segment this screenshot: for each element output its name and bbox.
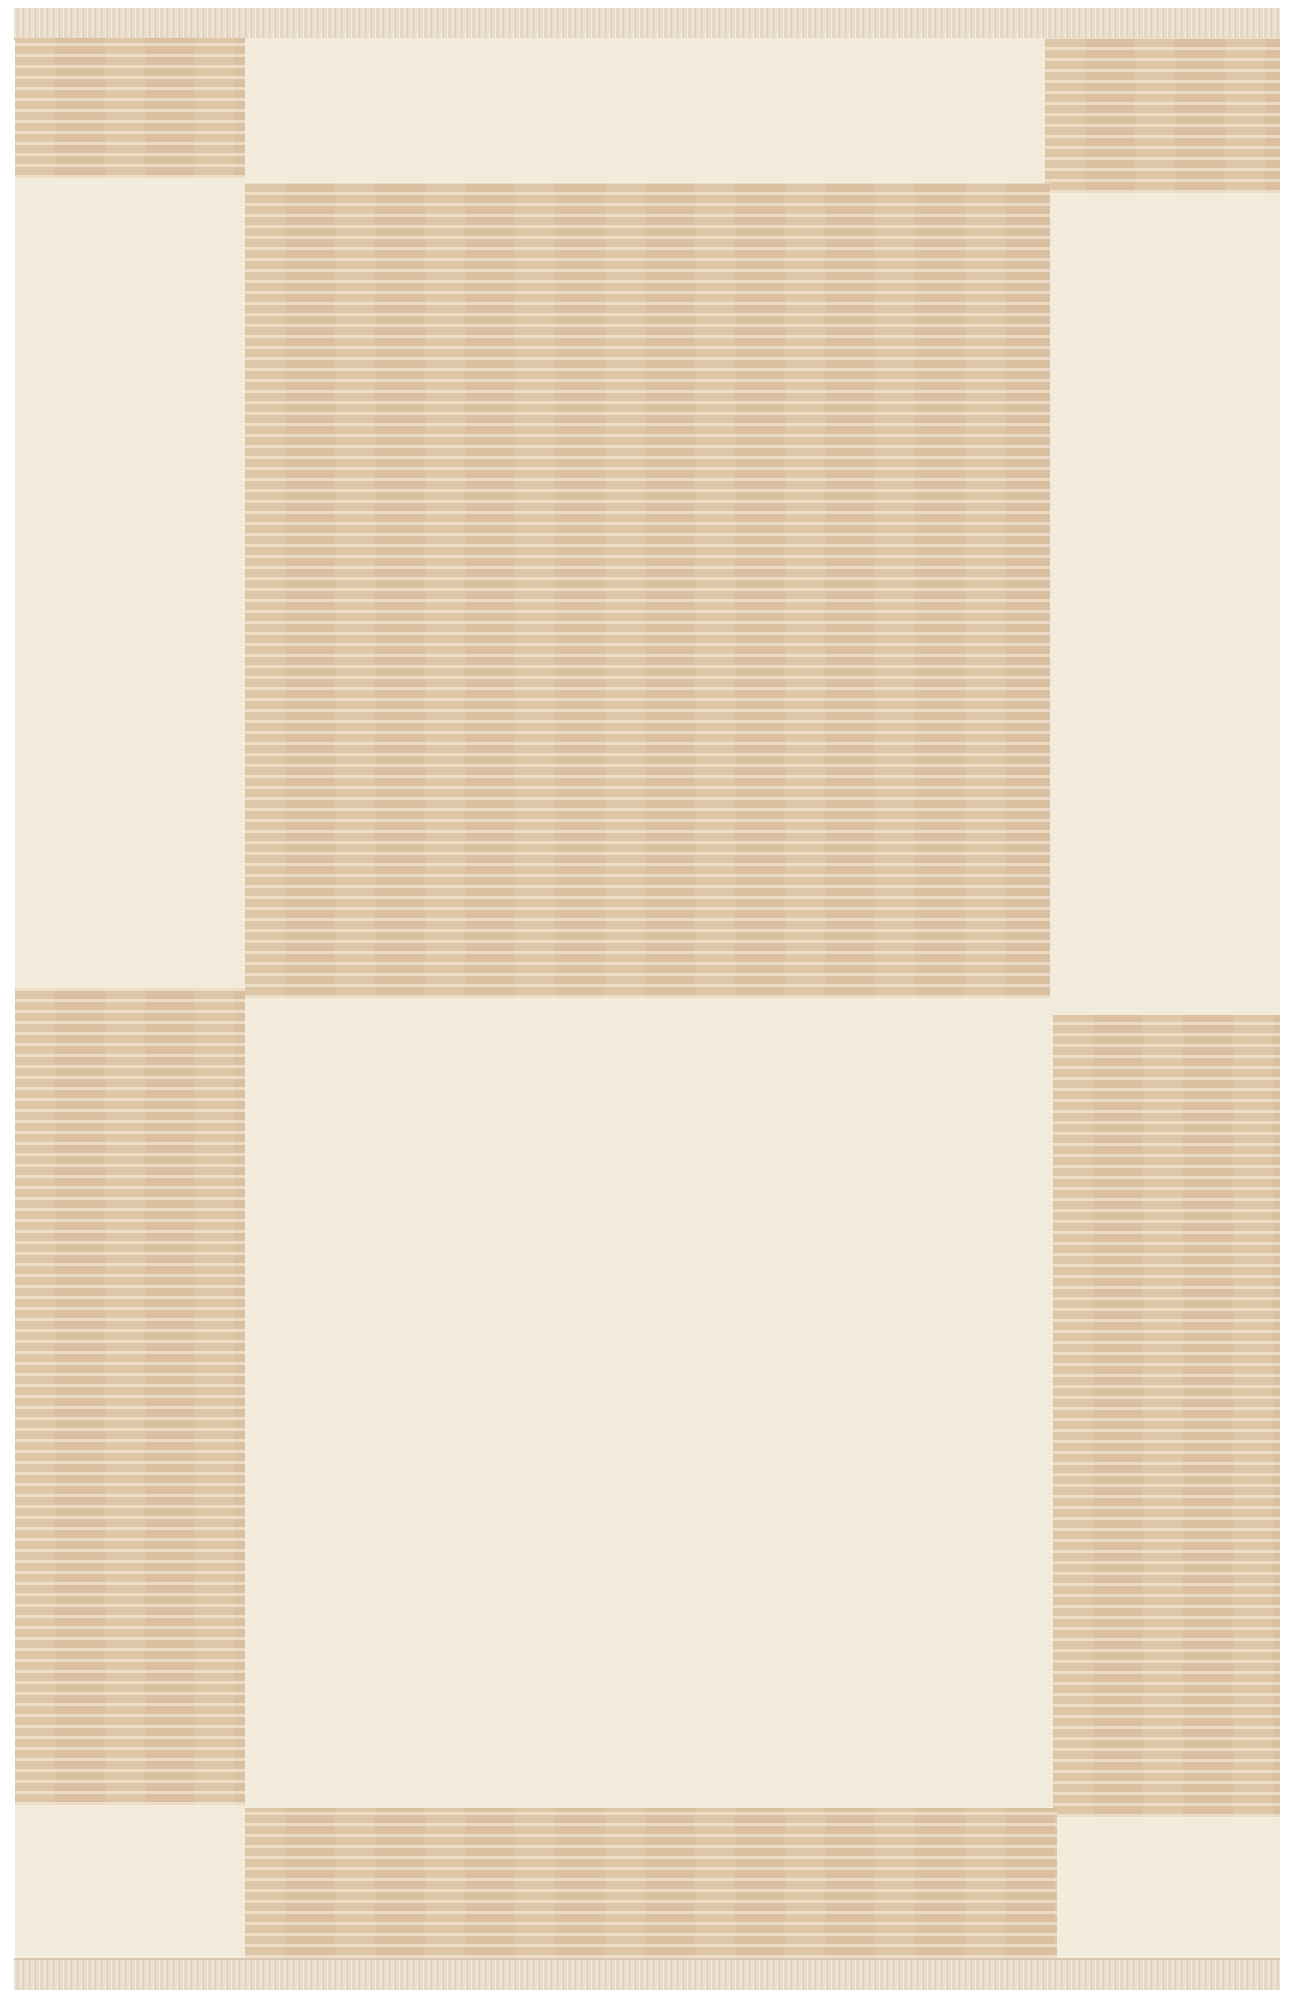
rug-block-top-center — [245, 38, 1045, 183]
rug-block-top-left — [15, 38, 245, 178]
rug-block-center — [245, 183, 1050, 998]
rug-block-top-right — [1045, 38, 1280, 193]
rug-block-left-upper — [15, 178, 245, 988]
rug-block-bottom-right — [1057, 1817, 1280, 1958]
rug-block-center-lower — [245, 998, 1055, 1808]
top-fringe — [14, 8, 1280, 40]
rug-block-left-lower — [15, 988, 245, 1805]
rug-block-right-lower — [1053, 1015, 1280, 1817]
rug-body — [15, 38, 1280, 1958]
rug-block-right-upper — [1050, 193, 1280, 1015]
bottom-fringe — [14, 1958, 1280, 1990]
rug-block-bottom-center — [245, 1808, 1057, 1958]
rug-block-bottom-left — [15, 1805, 245, 1958]
